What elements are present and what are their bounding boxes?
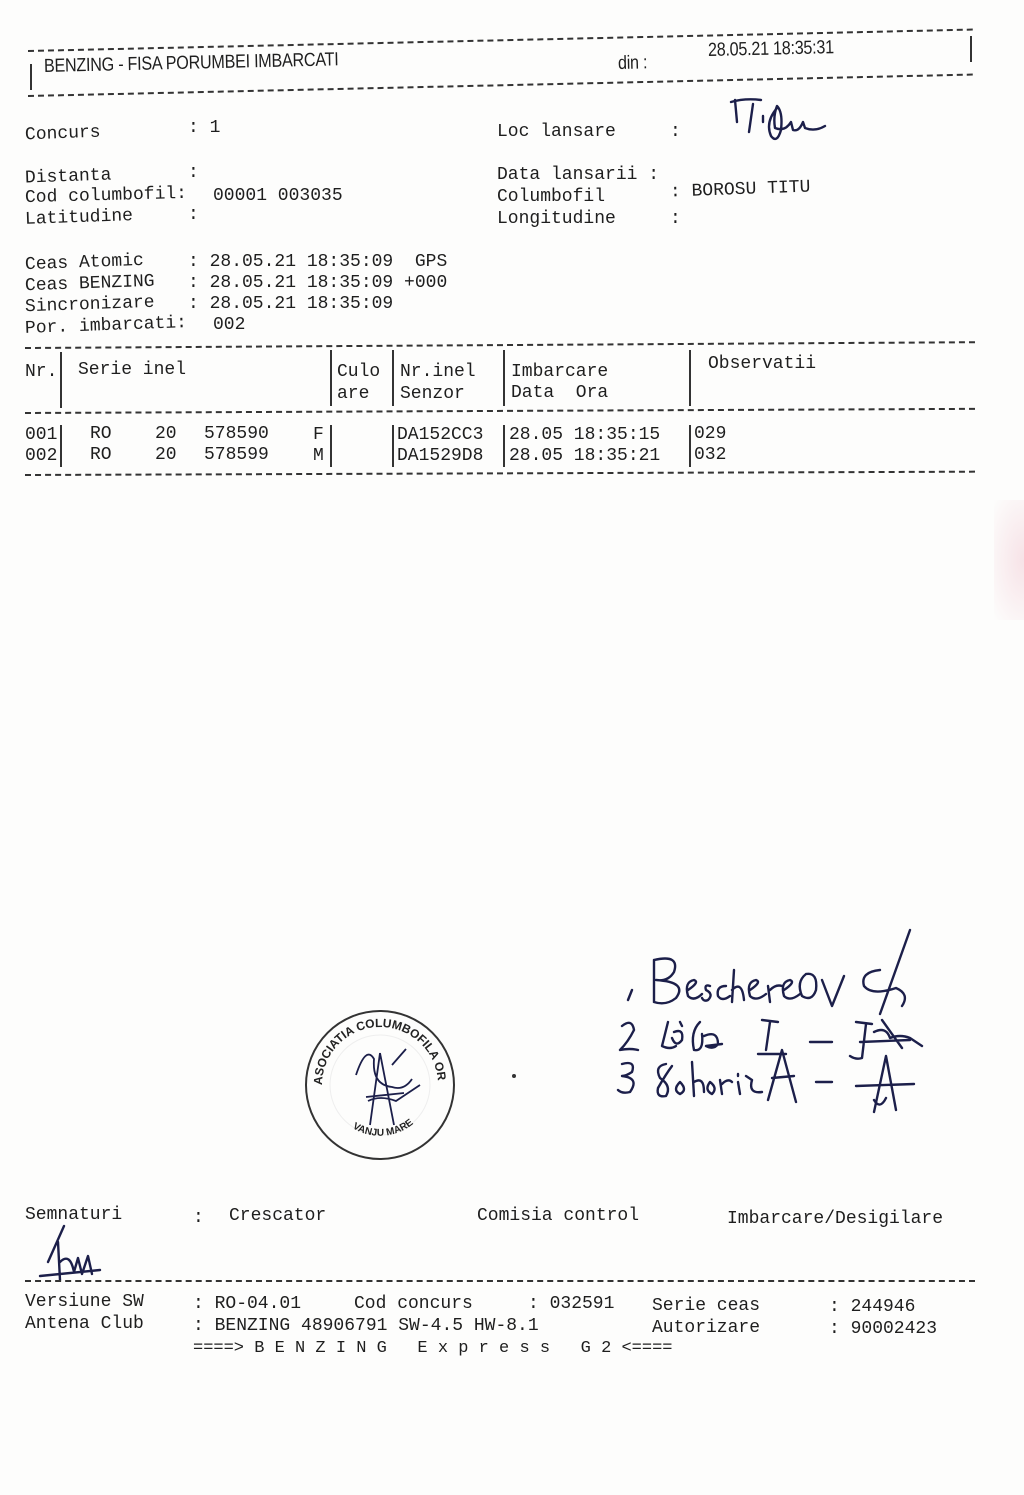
col-divider — [503, 350, 505, 406]
handwritten-commission-list: 1 Beschere V — [610, 910, 950, 1130]
table-bottom-rule — [25, 471, 975, 476]
svg-text:VANJU MARE: VANJU MARE — [351, 1117, 416, 1139]
col-divider — [60, 425, 62, 467]
serie-ceas-value: : 244946 — [829, 1297, 915, 1318]
col-divider — [392, 425, 394, 467]
cell-inel: 578599 — [204, 445, 269, 466]
din-label: din : — [618, 52, 648, 75]
data-lansarii-label: Data lansarii : — [497, 165, 659, 186]
cell-imbarcare: 28.05 18:35:15 — [509, 425, 660, 446]
brand-banner: ====> B E N Z I N G E x p r e s s G 2 <=… — [193, 1338, 672, 1359]
cell-senzor: DA152CC3 — [397, 425, 483, 446]
header-nr: Nr. — [25, 362, 57, 383]
paper-stain — [994, 500, 1024, 620]
imbarcare-desigilare-label: Imbarcare/Desigilare — [727, 1209, 943, 1230]
cod-concurs-label: Cod concurs — [354, 1294, 473, 1315]
columbofil-label: Columbofil — [497, 187, 605, 208]
autorizare-label: Autorizare — [652, 1318, 760, 1339]
table-top-rule — [25, 341, 975, 349]
cell-observatii: 029 — [694, 424, 726, 445]
table-header-rule — [25, 408, 975, 414]
cell-tara: RO — [90, 424, 112, 445]
loc-lansare-label: Loc lansare — [497, 122, 616, 143]
longitudine-label: Longitudine — [497, 209, 616, 230]
col-divider — [330, 425, 332, 467]
header-culoare-1: Culo — [337, 362, 380, 383]
concurs-label: Concurs — [25, 123, 101, 147]
crescator-signature — [30, 1222, 120, 1286]
porumbei-imbarcati-value: 002 — [213, 315, 245, 336]
header-serie-inel: Serie inel — [78, 360, 186, 381]
handwritten-loc-lansare: Titu — [725, 92, 835, 152]
cell-nr: 001 — [25, 425, 57, 446]
header-left-edge — [30, 64, 32, 90]
cell-imbarcare: 28.05 18:35:21 — [509, 446, 660, 467]
header-observatii: Observatii — [708, 354, 816, 375]
cell-tara: RO — [90, 445, 112, 466]
concurs-value: : 1 — [188, 118, 220, 139]
cell-inel: 578590 — [204, 424, 269, 445]
col-divider — [503, 425, 505, 467]
header-imbarcare-2: Data Ora — [511, 383, 608, 404]
cell-nr: 002 — [25, 446, 57, 467]
cell-observatii: 032 — [694, 445, 726, 466]
ceas-atomic-value: : 28.05.21 18:35:09 GPS — [188, 252, 447, 273]
association-stamp: ASOCIATIA COLUMBOFILA OROBETA-MEHEDINTI … — [300, 1005, 460, 1165]
cell-senzor: DA1529D8 — [397, 446, 483, 467]
header-senzor-1: Nr.inel — [400, 362, 476, 383]
ceas-benzing-value: : 28.05.21 18:35:09 +000 — [188, 273, 447, 294]
cell-sex: F — [313, 425, 324, 446]
versiune-sw-value: : RO-04.01 — [193, 1294, 301, 1315]
col-divider — [330, 350, 332, 406]
header-culoare-2: are — [337, 384, 369, 405]
col-divider — [689, 350, 691, 406]
cell-an: 20 — [155, 424, 177, 445]
header-right-edge — [970, 36, 972, 62]
serie-ceas-label: Serie ceas — [652, 1296, 760, 1317]
versiune-sw-label: Versiune SW — [25, 1292, 144, 1313]
antena-club-value: : BENZING 48906791 SW-4.5 HW-8.1 — [193, 1316, 539, 1337]
semnaturi-colon: : — [193, 1208, 204, 1229]
porumbei-imbarcati-label: Por. imbarcati: — [25, 313, 188, 340]
latitudine-value: : — [188, 205, 199, 226]
comisia-control-label: Comisia control — [477, 1206, 639, 1227]
header-imbarcare-1: Imbarcare — [511, 362, 608, 383]
loc-lansare-colon: : — [670, 122, 681, 143]
print-timestamp: 28.05.21 18:35:31 — [708, 37, 834, 62]
cod-columbofil-label: Cod columbofil: — [25, 184, 188, 209]
distanta-value: : — [188, 163, 199, 184]
columbofil-value: : BOROSU TITU — [670, 178, 811, 204]
cod-concurs-value: : 032591 — [528, 1294, 614, 1315]
cell-an: 20 — [155, 445, 177, 466]
dot-mark — [512, 1074, 516, 1078]
footer-rule — [25, 1280, 975, 1282]
cell-sex: M — [313, 446, 324, 467]
document-title: BENZING - FISA PORUMBEI IMBARCATI — [44, 49, 339, 78]
latitudine-label: Latitudine — [25, 206, 134, 231]
sincronizare-value: : 28.05.21 18:35:09 — [188, 294, 393, 315]
header-senzor-2: Senzor — [400, 384, 465, 405]
antena-club-label: Antena Club — [25, 1314, 144, 1335]
crescator-label: Crescator — [229, 1206, 326, 1227]
col-divider — [60, 352, 62, 408]
cod-columbofil-value: 00001 003035 — [213, 186, 343, 207]
autorizare-value: : 90002423 — [829, 1319, 937, 1340]
col-divider — [392, 350, 394, 406]
col-divider — [689, 425, 691, 467]
longitudine-value: : — [670, 209, 681, 230]
stamp-signature — [356, 1049, 420, 1125]
